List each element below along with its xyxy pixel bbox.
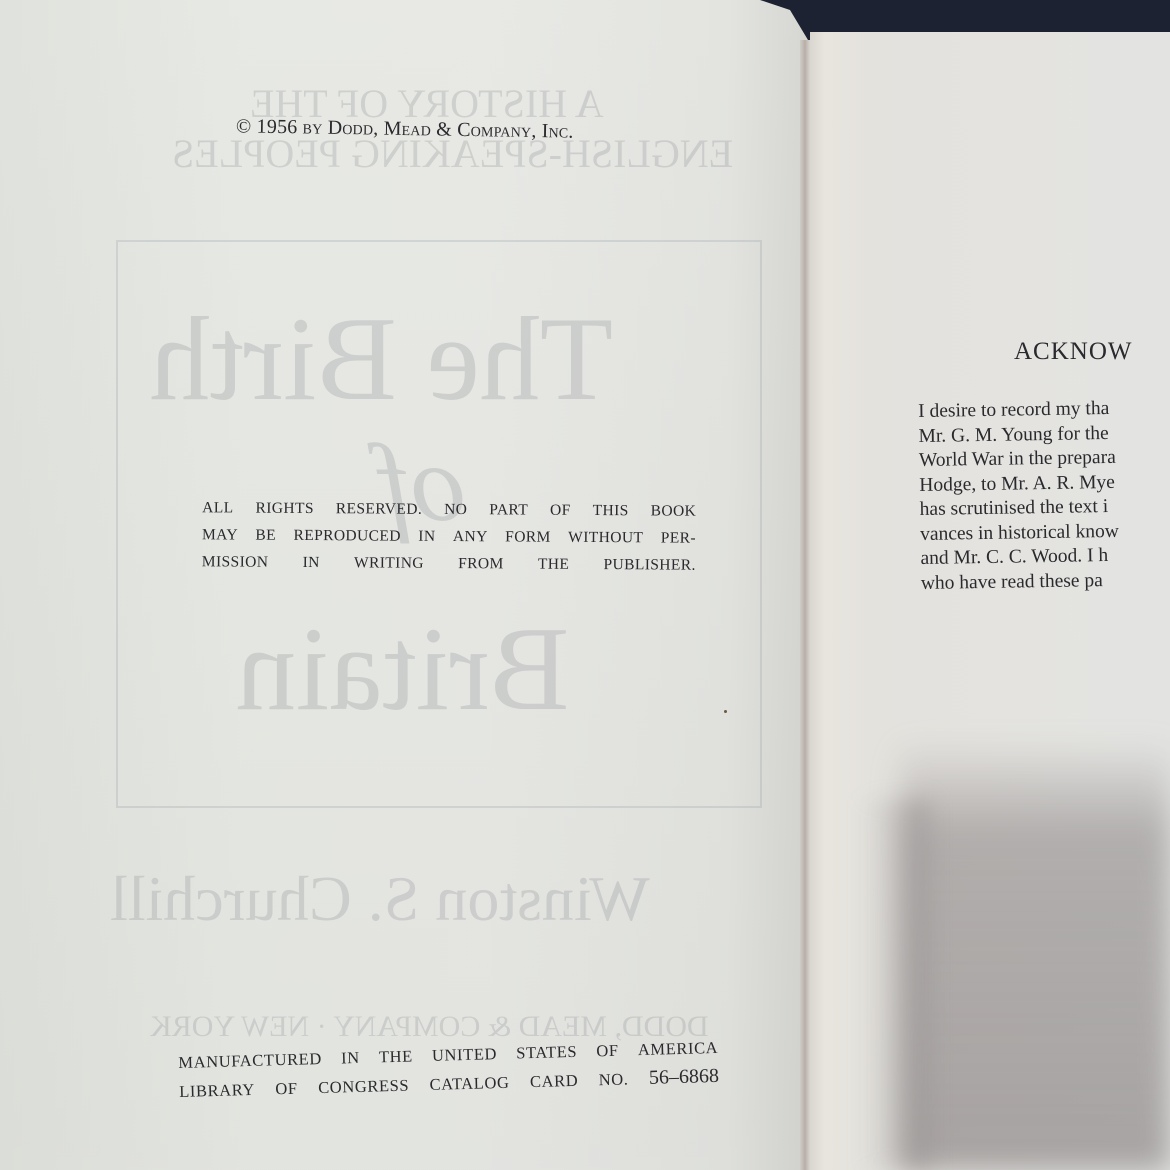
paper-speck <box>724 710 727 713</box>
ack-line: Hodge, to Mr. A. R. Mye <box>919 469 1170 498</box>
ack-line: has scrutinised the text i <box>920 493 1170 522</box>
word: RIGHTS <box>255 495 314 522</box>
word: NO <box>444 496 467 523</box>
word: THE <box>379 1041 414 1071</box>
ack-line: World War in the prepara <box>919 444 1170 473</box>
word: AMERICA <box>637 1033 718 1064</box>
word: FROM <box>458 550 504 577</box>
word: IN <box>418 523 435 550</box>
word: ANY <box>453 523 488 550</box>
word: MISSION <box>202 548 269 575</box>
copyright-year: 1956 <box>256 116 297 139</box>
ghost-title-line3: Britain <box>236 600 569 738</box>
word: THE <box>538 551 570 578</box>
rights-line-3: MISSION IN WRITING FROM THE PUBLISHER. <box>202 548 696 578</box>
ack-line: who have read these pa <box>921 567 1170 596</box>
word: OF <box>275 1074 298 1104</box>
word: THIS <box>593 497 629 524</box>
acknowledgments-heading: ACKNOW <box>1014 338 1133 366</box>
ack-line: and Mr. C. C. Wood. I h <box>920 542 1170 571</box>
ack-line: Mr. G. M. Young for the <box>918 420 1170 449</box>
word: PUBLISHER. <box>603 551 695 579</box>
copyright-publisher: Dodd, Mead & Company, Inc. <box>328 117 574 143</box>
word: ALL <box>202 494 234 521</box>
word: OF <box>550 497 571 524</box>
acknowledgments-body: I desire to record my tha Mr. G. M. Youn… <box>918 395 1170 596</box>
word: WITHOUT <box>568 524 643 552</box>
word: IN <box>303 549 320 576</box>
word: LIBRARY <box>179 1075 255 1106</box>
word: UNITED <box>432 1039 498 1070</box>
rights-line-2: MAY BE REPRODUCED IN ANY FORM WITHOUT PE… <box>202 521 696 551</box>
book-gutter <box>800 40 810 1170</box>
word: MANUFACTURED <box>178 1044 322 1077</box>
catalog-card-number: 56–6868 <box>649 1062 720 1093</box>
word: STATES <box>516 1037 578 1068</box>
word: WRITING <box>354 549 424 576</box>
word: OF <box>596 1036 619 1066</box>
copyright-symbol: © <box>236 115 252 137</box>
rights-line-1: ALL RIGHTS RESERVED. NO PART OF THIS BOO… <box>202 494 696 524</box>
word: NO. <box>598 1064 629 1094</box>
right-page-text-area: ACKNOW I desire to record my tha Mr. G. … <box>810 0 1170 1170</box>
word: IN <box>341 1043 360 1073</box>
ghost-title-line1: The Birth <box>150 290 613 428</box>
word: PART <box>489 496 528 523</box>
word: RESERVED. <box>336 495 423 523</box>
ack-line: I desire to record my tha <box>918 395 1170 424</box>
word: BOOK <box>651 497 697 524</box>
word: BE <box>255 522 276 549</box>
word: PER- <box>661 524 696 551</box>
ack-line: vances in historical know <box>920 518 1170 547</box>
word: CARD <box>530 1066 579 1096</box>
rights-notice: ALL RIGHTS RESERVED. NO PART OF THIS BOO… <box>202 494 697 578</box>
ghost-author: Winston S. Churchill <box>110 862 650 936</box>
word: MAY <box>202 521 238 548</box>
word: CONGRESS <box>318 1071 410 1103</box>
copyright-by: by <box>302 116 322 138</box>
word: CATALOG <box>429 1068 510 1099</box>
word: FORM <box>505 523 551 550</box>
word: REPRODUCED <box>293 522 401 550</box>
